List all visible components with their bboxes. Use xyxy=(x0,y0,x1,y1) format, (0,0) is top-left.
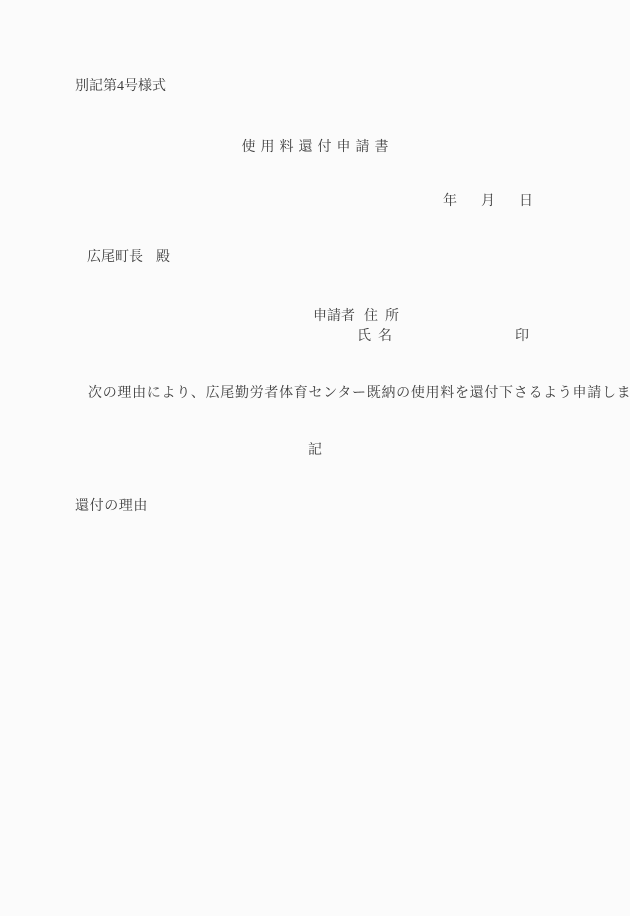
year-label: 年 xyxy=(443,195,457,209)
name-label: 氏名 xyxy=(357,330,399,344)
form-number: 別記第4号様式 xyxy=(75,80,166,94)
refund-application-form-page: 別記第4号様式 使用料還付申請書 年 月 日 広尾町長 殿 申請者 住所 氏名 … xyxy=(0,0,630,916)
addressee-honorific: 殿 xyxy=(156,251,170,265)
applicant-label: 申請者 xyxy=(313,310,355,324)
day-label: 日 xyxy=(519,195,533,209)
addressee-name: 広尾町長 xyxy=(87,251,143,265)
addressee-line: 広尾町長 殿 xyxy=(87,251,170,265)
month-label: 月 xyxy=(481,195,495,209)
applicant-address-line: 申請者 住所 xyxy=(313,310,406,324)
date-line: 年 月 日 xyxy=(443,195,533,209)
address-label: 住所 xyxy=(364,310,406,324)
application-body-text: 次の理由により、広尾勤労者体育センター既納の使用料を還付下さるよう申請します。 xyxy=(88,387,630,401)
document-title: 使用料還付申請書 xyxy=(0,141,630,155)
record-marker: 記 xyxy=(0,444,630,458)
seal-label: 印 xyxy=(515,330,529,344)
refund-reason-label: 還付の理由 xyxy=(75,500,148,514)
